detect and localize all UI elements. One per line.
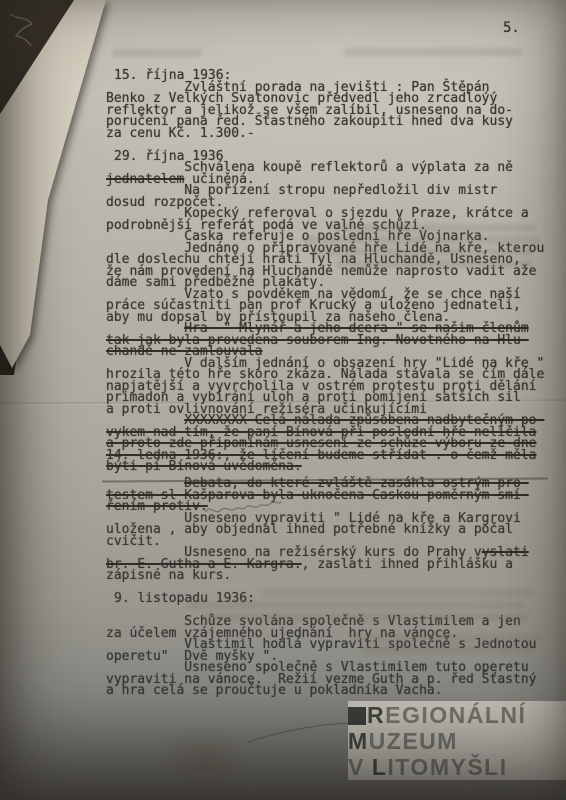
bleedthrough-mark: [312, 248, 534, 256]
watermark-line: REGIONÁLNÍ: [348, 702, 566, 728]
watermark-line: VLITOMYŠLI: [348, 754, 566, 780]
watermark-logo-square: [348, 707, 366, 725]
bleedthrough-mark: [202, 613, 528, 621]
typed-line: uložena , aby objednal ihned potřebné kn…: [106, 524, 544, 536]
page-number: 5.: [503, 20, 520, 36]
bleedthrough-mark: [112, 49, 202, 57]
bleedthrough-mark: [344, 48, 522, 56]
watermark-line: MUZEUM: [348, 728, 566, 754]
struck-text: býti pí Bínová uvědoměna.: [106, 459, 302, 474]
bleedthrough-mark: [362, 646, 534, 654]
typed-line: býti pí Bínová uvědoměna.: [106, 461, 544, 473]
bleedthrough-mark: [332, 224, 537, 232]
bleedthrough-mark: [336, 260, 534, 268]
bleedthrough-mark: [302, 236, 540, 244]
museum-watermark: REGIONÁLNÍ MUZEUM VLITOMYŠLI: [348, 701, 566, 780]
bleedthrough-mark: [352, 634, 542, 642]
document-photo: 5. 15. října 1936: Zvláštní porada na je…: [0, 0, 566, 800]
typed-line: za cenu Kč. 1.300.-: [106, 128, 544, 140]
bleedthrough-mark: [186, 601, 524, 609]
bleedthrough-mark: [262, 589, 534, 597]
